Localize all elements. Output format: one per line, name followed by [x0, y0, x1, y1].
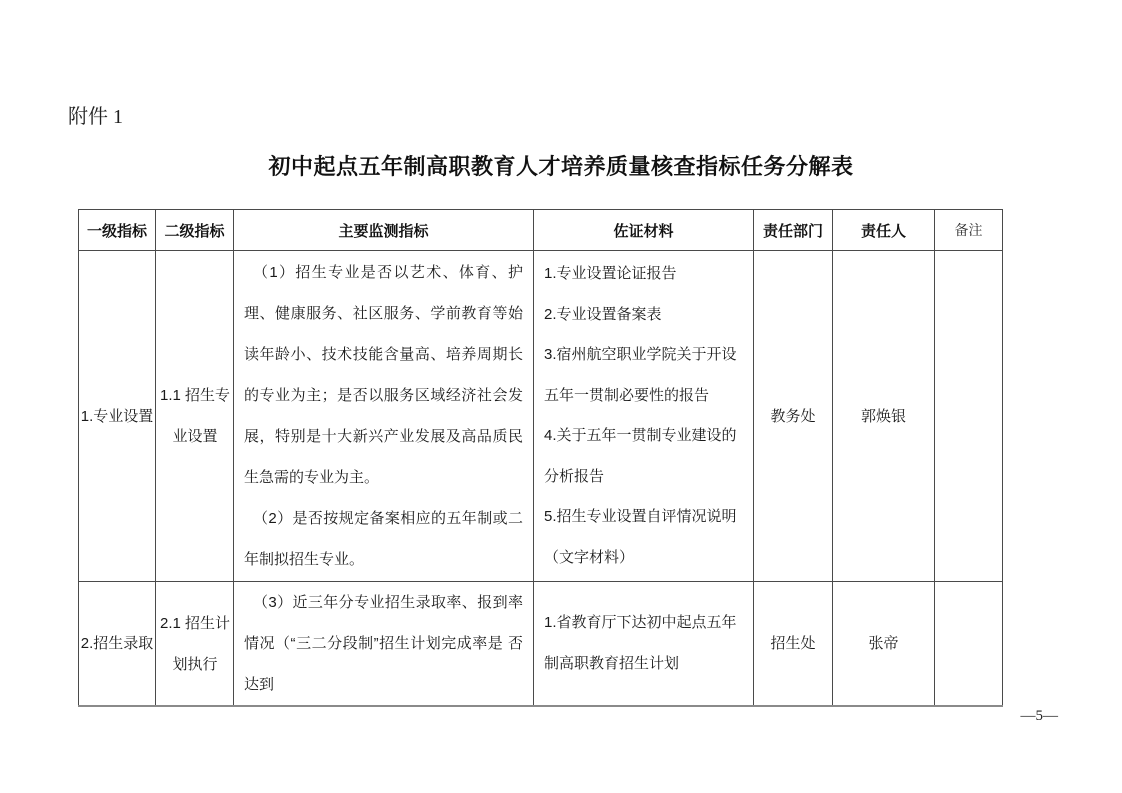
table-row: 1.专业设置 1.1 招生专业设置 （1）招生专业是否以艺术、体育、护理、健康服… — [79, 251, 1003, 582]
evidence-item: 1.省教育厅下达初中起点五年制高职教育招生计划 — [544, 603, 743, 684]
evidence-item: 2.专业设置备案表 — [544, 295, 743, 336]
indicator-table: 一级指标 二级指标 主要监测指标 佐证材料 责任部门 责任人 备注 1.专业设置… — [78, 209, 1003, 707]
evidence-item: 1.专业设置论证报告 — [544, 254, 743, 295]
indicators-cell: （3）近三年分专业招生录取率、报到率情况（“三二分段制”招生计划完成率是 否达到 — [234, 582, 534, 707]
indicator-paragraph: （1）招生专业是否以艺术、体育、护理、健康服务、社区服务、学前教育等始读年龄小、… — [244, 252, 523, 498]
person-cell: 郭焕银 — [833, 251, 935, 582]
header-level1-indicator: 一级指标 — [79, 210, 156, 251]
header-department: 责任部门 — [754, 210, 833, 251]
evidence-cell: 1.省教育厅下达初中起点五年制高职教育招生计划 — [534, 582, 754, 707]
level1-cell: 2.招生录取 — [79, 582, 156, 707]
header-evidence: 佐证材料 — [534, 210, 754, 251]
remark-cell — [935, 251, 1003, 582]
evidence-cell: 1.专业设置论证报告 2.专业设置备案表 3.宿州航空职业学院关于开设五年一贯制… — [534, 251, 754, 582]
document-title: 初中起点五年制高职教育人才培养质量核查指标任务分解表 — [0, 150, 1122, 181]
evidence-item: 5.招生专业设置自评情况说明（文字材料） — [544, 497, 743, 578]
indicators-cell: （1）招生专业是否以艺术、体育、护理、健康服务、社区服务、学前教育等始读年龄小、… — [234, 251, 534, 582]
header-person: 责任人 — [833, 210, 935, 251]
level1-cell: 1.专业设置 — [79, 251, 156, 582]
level2-cell: 1.1 招生专业设置 — [156, 251, 234, 582]
remark-cell — [935, 582, 1003, 707]
indicator-paragraph: （2）是否按规定备案相应的五年制或二年制拟招生专业。 — [244, 498, 523, 580]
table-header-row: 一级指标 二级指标 主要监测指标 佐证材料 责任部门 责任人 备注 — [79, 210, 1003, 251]
level2-text: 2.1 招生计划执行 — [156, 603, 234, 685]
page-number: —5— — [1021, 708, 1059, 725]
department-cell: 招生处 — [754, 582, 833, 707]
attachment-label: 附件 1 — [68, 100, 123, 129]
indicator-paragraph: （3）近三年分专业招生录取率、报到率情况（“三二分段制”招生计划完成率是 否达到 — [244, 582, 523, 705]
header-remark: 备注 — [935, 210, 1003, 251]
level2-cell: 2.1 招生计划执行 — [156, 582, 234, 707]
header-level2-indicator: 二级指标 — [156, 210, 234, 251]
evidence-item: 4.关于五年一贯制专业建设的分析报告 — [544, 416, 743, 497]
evidence-item: 3.宿州航空职业学院关于开设五年一贯制必要性的报告 — [544, 335, 743, 416]
table-row: 2.招生录取 2.1 招生计划执行 （3）近三年分专业招生录取率、报到率情况（“… — [79, 582, 1003, 707]
level2-text: 1.1 招生专业设置 — [156, 375, 234, 457]
header-main-monitoring: 主要监测指标 — [234, 210, 534, 251]
department-cell: 教务处 — [754, 251, 833, 582]
person-cell: 张帝 — [833, 582, 935, 707]
